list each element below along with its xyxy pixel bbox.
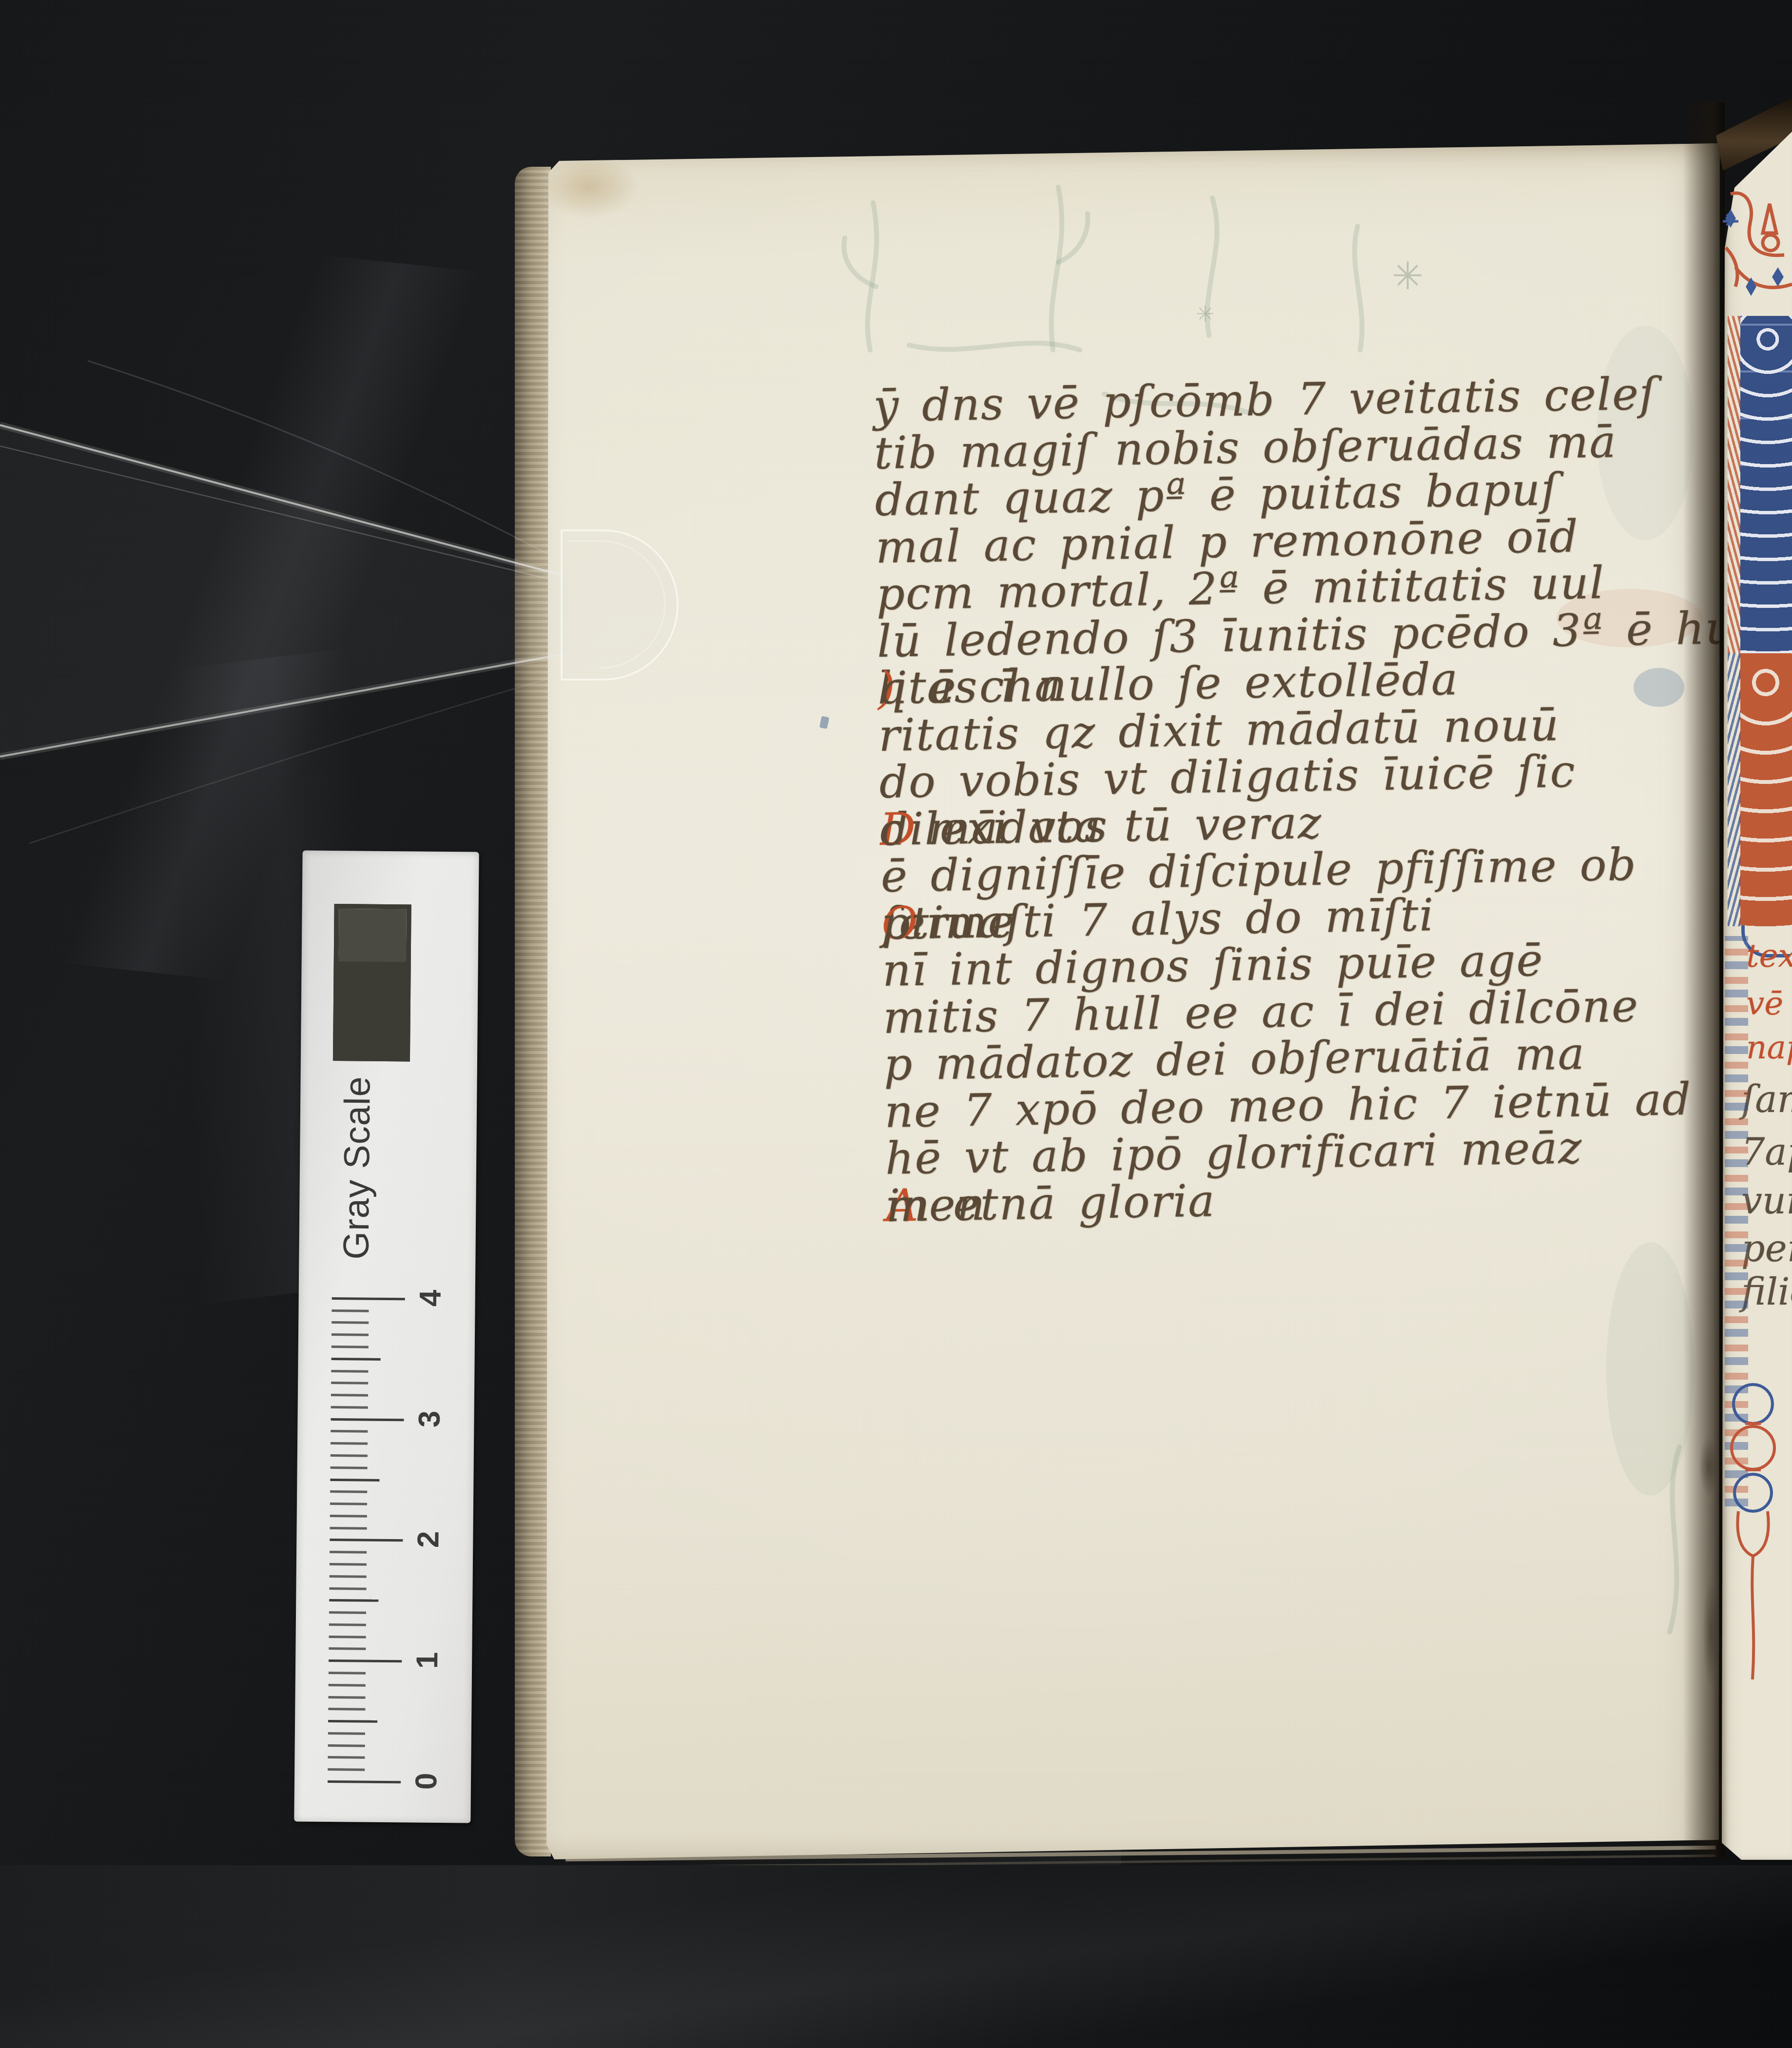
- page-holder-strap: [0, 0, 1792, 2048]
- manuscript-photo: Gray Scale 01234 ✳ ✳: [0, 0, 1792, 2048]
